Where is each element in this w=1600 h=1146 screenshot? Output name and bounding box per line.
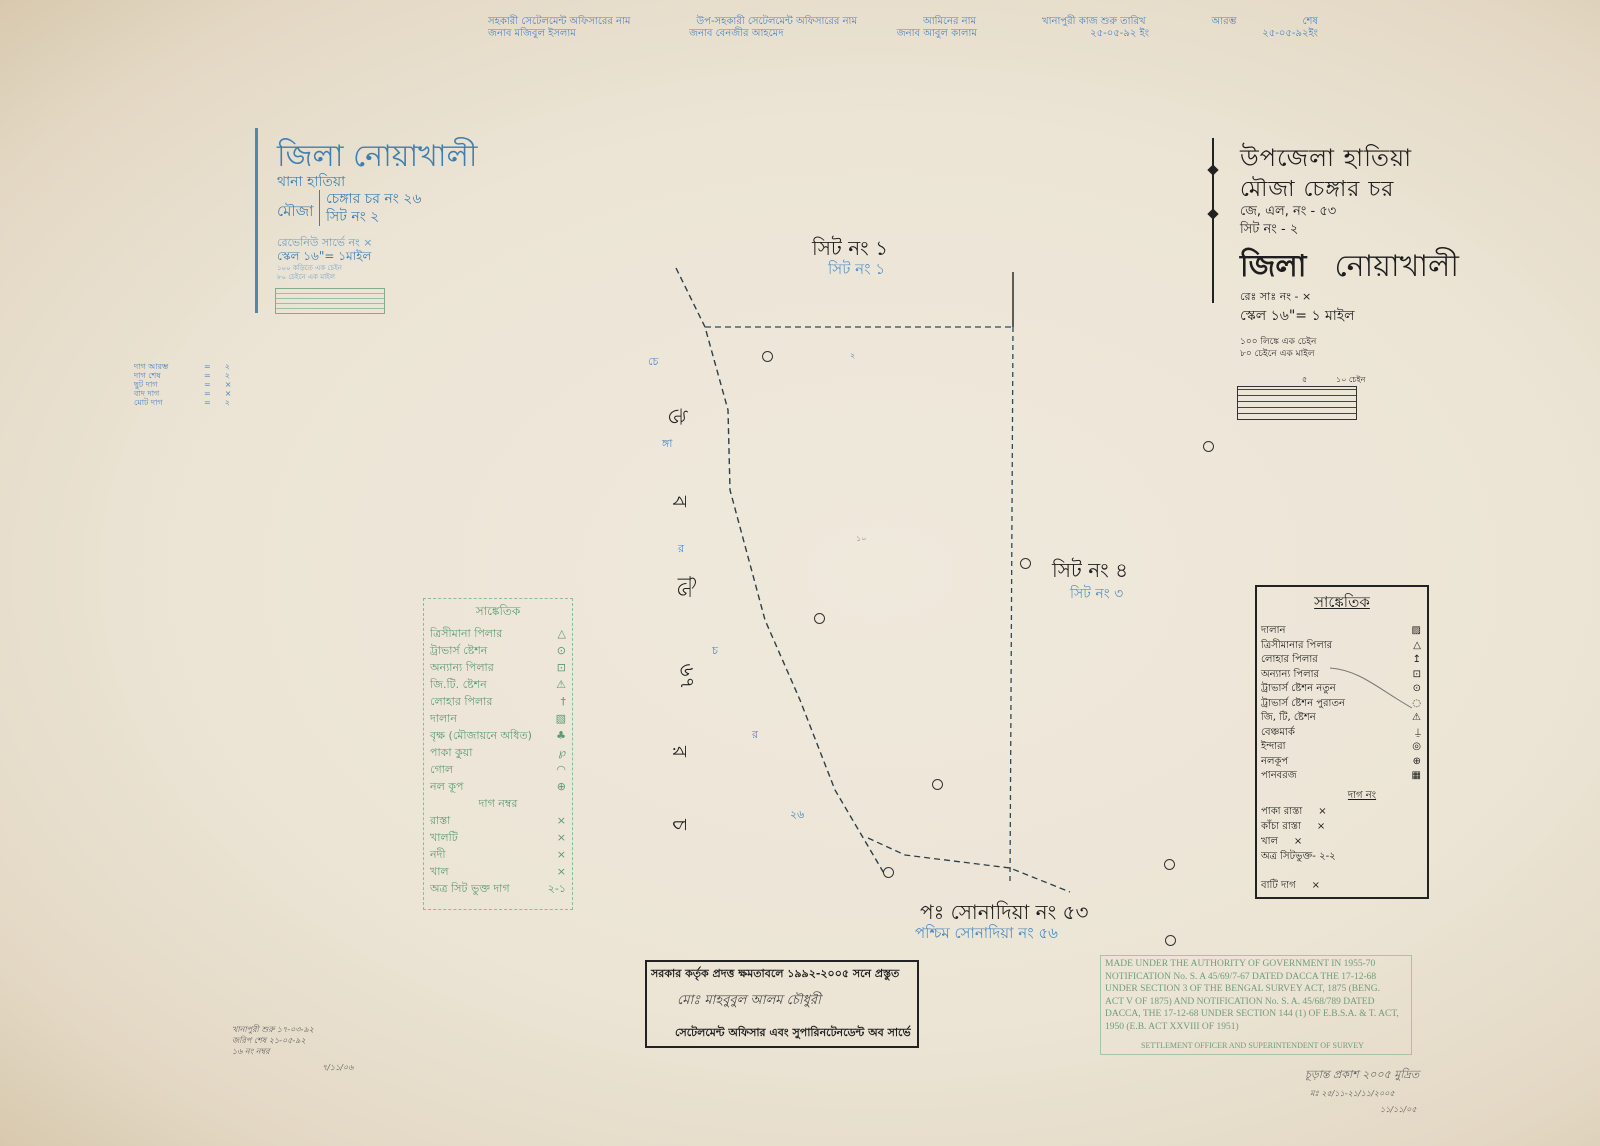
west-vertical-blue-char: চ	[712, 642, 718, 661]
handwritten-note: চূড়ান্ত প্রকাশ ২০০৫ মুদ্রিত	[1305, 1066, 1419, 1085]
dag-heading: দাগ নং	[1257, 788, 1427, 804]
legend-row: জি, টি, ষ্টেশন⚠	[1257, 711, 1427, 726]
legend-value: ২-১	[548, 880, 566, 897]
legend-green: সাঙ্কেতিক ত্রিসীমানা পিলার△ ট্রাভার্স ষ্…	[423, 598, 573, 910]
gt-station-icon: ⚠	[1412, 711, 1421, 726]
betel-garden-icon: ▦	[1412, 769, 1421, 784]
traverse-station-icon	[1020, 558, 1031, 569]
traverse-station-icon	[932, 779, 943, 790]
north-sheet-label-blue: সিট নং ১	[828, 258, 885, 283]
legend-value: ×	[1317, 821, 1325, 832]
traverse-station-icon: ⊙	[557, 642, 566, 659]
legend-row: ইন্দারা◎	[1257, 740, 1427, 755]
legend-row: ত্রিসীমানা পিলার△	[424, 625, 572, 642]
legend-row: লোহার পিলার†	[424, 693, 572, 710]
handwritten-date: ৭/১১/০৬	[322, 1062, 353, 1075]
legend-label: লোহার পিলার	[1261, 653, 1318, 668]
authority-line: MADE UNDER THE AUTHORITY OF GOVERNMENT I…	[1105, 958, 1407, 971]
legend-label: বেঞ্চমার্ক	[1261, 726, 1295, 741]
west-vertical-blue-char: ২৬	[790, 806, 804, 825]
legend-row: গোল◠	[424, 761, 572, 778]
traverse-station-icon	[1203, 441, 1214, 452]
legend-row: বৃক্ষ (মৌজায়নে অধিত)♣	[424, 727, 572, 744]
officer-signature: মোঃ মাহবুবুল আলম চৌধুরী	[647, 987, 917, 1016]
traverse-station-icon	[814, 613, 825, 624]
legend-label: পাকা কুয়া	[430, 744, 472, 761]
legend-row: দালান▧	[424, 710, 572, 727]
legend-label: কাঁচা রাস্তা	[1261, 821, 1301, 832]
legend-row: খাল×	[424, 863, 572, 880]
legend-label: অন্যান্য পিলার	[1261, 668, 1319, 683]
legend-title: সাঙ্কেতিক	[424, 603, 572, 623]
legend-label: পানবরজ	[1261, 769, 1297, 784]
legend-row: ট্রাভার্স ষ্টেশন নতুন⊙	[1257, 682, 1427, 697]
west-vertical-char: চ	[661, 819, 694, 830]
boundary-pillar-icon: △	[1413, 639, 1421, 654]
legend-label: লোহার পিলার	[430, 693, 492, 710]
plot-number: ২	[850, 350, 855, 363]
legend-label: ত্রিসীমানার পিলার	[1261, 639, 1332, 654]
legend-row: জি.টি. ষ্টেশন⚠	[424, 676, 572, 693]
traverse-station-new-icon: ⊙	[1413, 682, 1421, 697]
legend-row: লোহার পিলার↥	[1257, 653, 1427, 668]
arc-icon: ◠	[556, 761, 566, 778]
gt-station-icon: ⚠	[556, 676, 566, 693]
legend-label: পাকা রাস্তা	[1261, 806, 1302, 817]
traverse-station-icon	[883, 867, 894, 878]
tubewell-icon: ⊕	[557, 778, 566, 795]
west-vertical-char: ব	[661, 496, 694, 507]
stamp-line: সরকার কর্তৃক প্রদত্ত ক্ষমতাবলে ১৯৯২-২০০৫…	[647, 962, 917, 987]
legend-row: পাকা কুয়া℘	[424, 744, 572, 761]
handwritten-note: ১৬ নং নম্বর	[232, 1046, 270, 1059]
west-vertical-char: ডি	[666, 576, 699, 596]
well-icon: ◎	[1412, 740, 1421, 755]
legend-row: পাকা রাস্তা×	[1257, 804, 1427, 819]
other-pillar-icon: ⊡	[557, 659, 566, 676]
west-vertical-blue-char: ঙ্গা	[662, 435, 673, 454]
traverse-station-old-icon: ◌	[1412, 697, 1421, 712]
legend-row: কাঁচা রাস্তা×	[1257, 819, 1427, 834]
iron-pillar-icon: ↥	[1413, 653, 1421, 668]
handwritten-note: মঃ ২৫/১১-২১/১১/২০০৫	[1310, 1088, 1395, 1101]
legend-black: সাঙ্কেতিক দালান▨ ত্রিসীমানার পিলার△ লোহা…	[1255, 585, 1429, 899]
west-vertical-blue-char: র	[678, 540, 684, 559]
legend-title: সাঙ্কেতিক	[1257, 591, 1427, 616]
legend-label: খাল	[1261, 836, 1278, 847]
legend-label: অত্র সিট ভুক্ত দাগ	[430, 880, 510, 897]
legend-value: - ২-২	[1312, 851, 1335, 862]
west-vertical-blue-char: চে	[648, 353, 658, 372]
south-mouza-label-blue: পশ্চিম সোনাদিয়া নং ৫৬	[915, 922, 1058, 947]
west-vertical-char: র	[661, 746, 694, 757]
legend-value: ×	[557, 863, 566, 880]
legend-row: নলকূপ⊕	[1257, 755, 1427, 770]
legend-row: খাল×	[1257, 834, 1427, 849]
legend-label: ট্রাভার্স ষ্টেশন	[430, 642, 487, 659]
legend-row: নদী×	[424, 846, 572, 863]
legend-label: জি, টি, ষ্টেশন	[1261, 711, 1316, 726]
legend-label: খালটি	[430, 829, 458, 846]
legend-row: অত্র সিটভুক্ত- ২-২	[1257, 849, 1427, 864]
legend-row: ট্রাভার্স ষ্টেশন পুরাতন◌	[1257, 697, 1427, 712]
building-icon: ▨	[1412, 624, 1421, 639]
legend-row: ট্রাভার্স ষ্টেশন⊙	[424, 642, 572, 659]
legend-value: ×	[557, 829, 566, 846]
legend-row: ত্রিসীমানার পিলার△	[1257, 639, 1427, 654]
legend-label: অত্র সিটভুক্ত	[1261, 851, 1312, 862]
stamp-officer-title: সেটেলমেন্ট অফিসার এবং সুপারিনটেনডেন্ট অব…	[675, 1024, 911, 1043]
authority-line: 1950 (E.B. ACT XXVIII OF 1951)	[1105, 1021, 1407, 1034]
legend-label: অন্যান্য পিলার	[430, 659, 494, 676]
legend-row: খালটি×	[424, 829, 572, 846]
legend-row: বাটি দাগ×	[1257, 878, 1427, 893]
legend-label: নলকূপ	[1261, 755, 1288, 770]
west-vertical-char: ৬৭	[669, 663, 702, 689]
authority-footer: SETTLEMENT OFFICER AND SUPERINTENDENT OF…	[1141, 1040, 1364, 1053]
tubewell-icon: ⊕	[1413, 755, 1421, 770]
dag-heading: দাগ নম্বর	[424, 795, 572, 812]
legend-row: নল কূপ⊕	[424, 778, 572, 795]
other-pillar-icon: ⊡	[1413, 668, 1421, 683]
legend-label: ইন্দারা	[1261, 740, 1286, 755]
legend-label: গোল	[430, 761, 453, 778]
boundary-pillar-icon: △	[558, 625, 566, 642]
legend-label: দালান	[430, 710, 457, 727]
legend-label: জি.টি. ষ্টেশন	[430, 676, 487, 693]
legend-row: রাস্তা×	[424, 812, 572, 829]
benchmark-icon: ⍊	[1415, 726, 1421, 741]
legend-value: ×	[1312, 880, 1320, 891]
legend-label: বাটি দাগ	[1261, 880, 1296, 891]
iron-pillar-icon: †	[561, 693, 567, 710]
legend-label: দালান	[1261, 624, 1285, 639]
traverse-station-icon	[1165, 935, 1176, 946]
legend-label: নদী	[430, 846, 446, 863]
legend-row: পানবরজ▦	[1257, 769, 1427, 784]
legend-label: ট্রাভার্স ষ্টেশন নতুন	[1261, 682, 1336, 697]
preparation-stamp: সরকার কর্তৃক প্রদত্ত ক্ষমতাবলে ১৯৯২-২০০৫…	[645, 960, 919, 1048]
legend-label: ট্রাভার্স ষ্টেশন পুরাতন	[1261, 697, 1345, 712]
legend-value: ×	[1318, 806, 1326, 817]
legend-row: বেঞ্চমার্ক⍊	[1257, 726, 1427, 741]
handwritten-note: ১১/১১/০৫	[1380, 1104, 1417, 1117]
legend-value: ×	[1294, 836, 1302, 847]
west-vertical-char: উ	[656, 409, 689, 425]
legend-label: নল কূপ	[430, 778, 463, 795]
west-vertical-blue-char: র	[752, 726, 758, 745]
building-icon: ▧	[556, 710, 566, 727]
legend-row: দালান▨	[1257, 624, 1427, 639]
authority-notice: MADE UNDER THE AUTHORITY OF GOVERNMENT I…	[1100, 955, 1412, 1055]
legend-row: অন্যান্য পিলার⊡	[1257, 668, 1427, 683]
legend-row: অন্যান্য পিলার⊡	[424, 659, 572, 676]
tree-icon: ♣	[556, 727, 566, 744]
legend-value: ×	[557, 812, 566, 829]
legend-label: খাল	[430, 863, 449, 880]
authority-line: UNDER SECTION 3 OF THE BENGAL SURVEY ACT…	[1105, 983, 1407, 996]
traverse-station-icon	[762, 351, 773, 362]
well-icon: ℘	[558, 744, 566, 761]
authority-line: DACCA, THE 17-12-68 UNDER SECTION 144 (1…	[1105, 1008, 1407, 1021]
legend-value: ×	[557, 846, 566, 863]
traverse-station-icon	[1164, 859, 1175, 870]
legend-row: অত্র সিট ভুক্ত দাগ২-১	[424, 880, 572, 897]
legend-label: বৃক্ষ (মৌজায়নে অধিত)	[430, 727, 532, 744]
authority-line: ACT V OF 1875) AND NOTIFICATION No. S. A…	[1105, 996, 1407, 1009]
legend-label: রাস্তা	[430, 812, 450, 829]
east-sheet-label-blue: সিট নং ৩	[1070, 582, 1123, 606]
plot-number: ১০	[856, 533, 866, 546]
authority-line: NOTIFICATION No. S. A 45/69/7-67 DATED D…	[1105, 971, 1407, 984]
legend-label: ত্রিসীমানা পিলার	[430, 625, 502, 642]
